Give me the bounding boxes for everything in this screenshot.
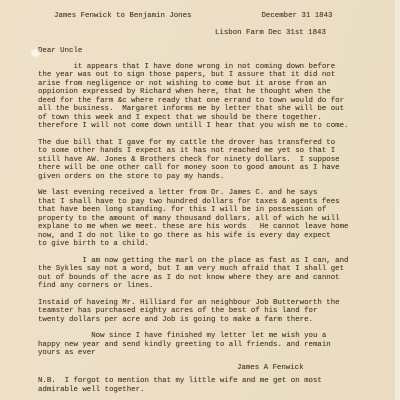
letter-page: James Fenwick to Benjamin Jones December… [0, 0, 400, 400]
paragraph-3: We last evening received a letter from D… [38, 189, 372, 249]
paragraph-6: Now since I have finished my letter let … [38, 332, 372, 358]
paper-blemish [31, 49, 40, 57]
paragraph-2: The due bill that I gave for my cattle t… [38, 139, 372, 182]
dateline: Lisbon Farm Dec 31st 1843 [215, 29, 372, 38]
paragraph-1: it appears that I have done wrong in not… [38, 63, 372, 131]
signature: James A Fenwick [237, 364, 372, 373]
header-date: December 31 1843 [262, 12, 333, 21]
salutation: Dear Uncle [38, 47, 372, 56]
postscript: N.B. I forgot to mention that my little … [38, 377, 372, 394]
attribution-line: James Fenwick to Benjamin Jones [54, 12, 192, 21]
paragraph-4: I am now getting the marl on the place a… [38, 257, 372, 291]
paragraph-5: Instaid of haveing Mr. Hilliard for an n… [38, 299, 372, 325]
letter-header: James Fenwick to Benjamin Jones December… [38, 12, 372, 21]
